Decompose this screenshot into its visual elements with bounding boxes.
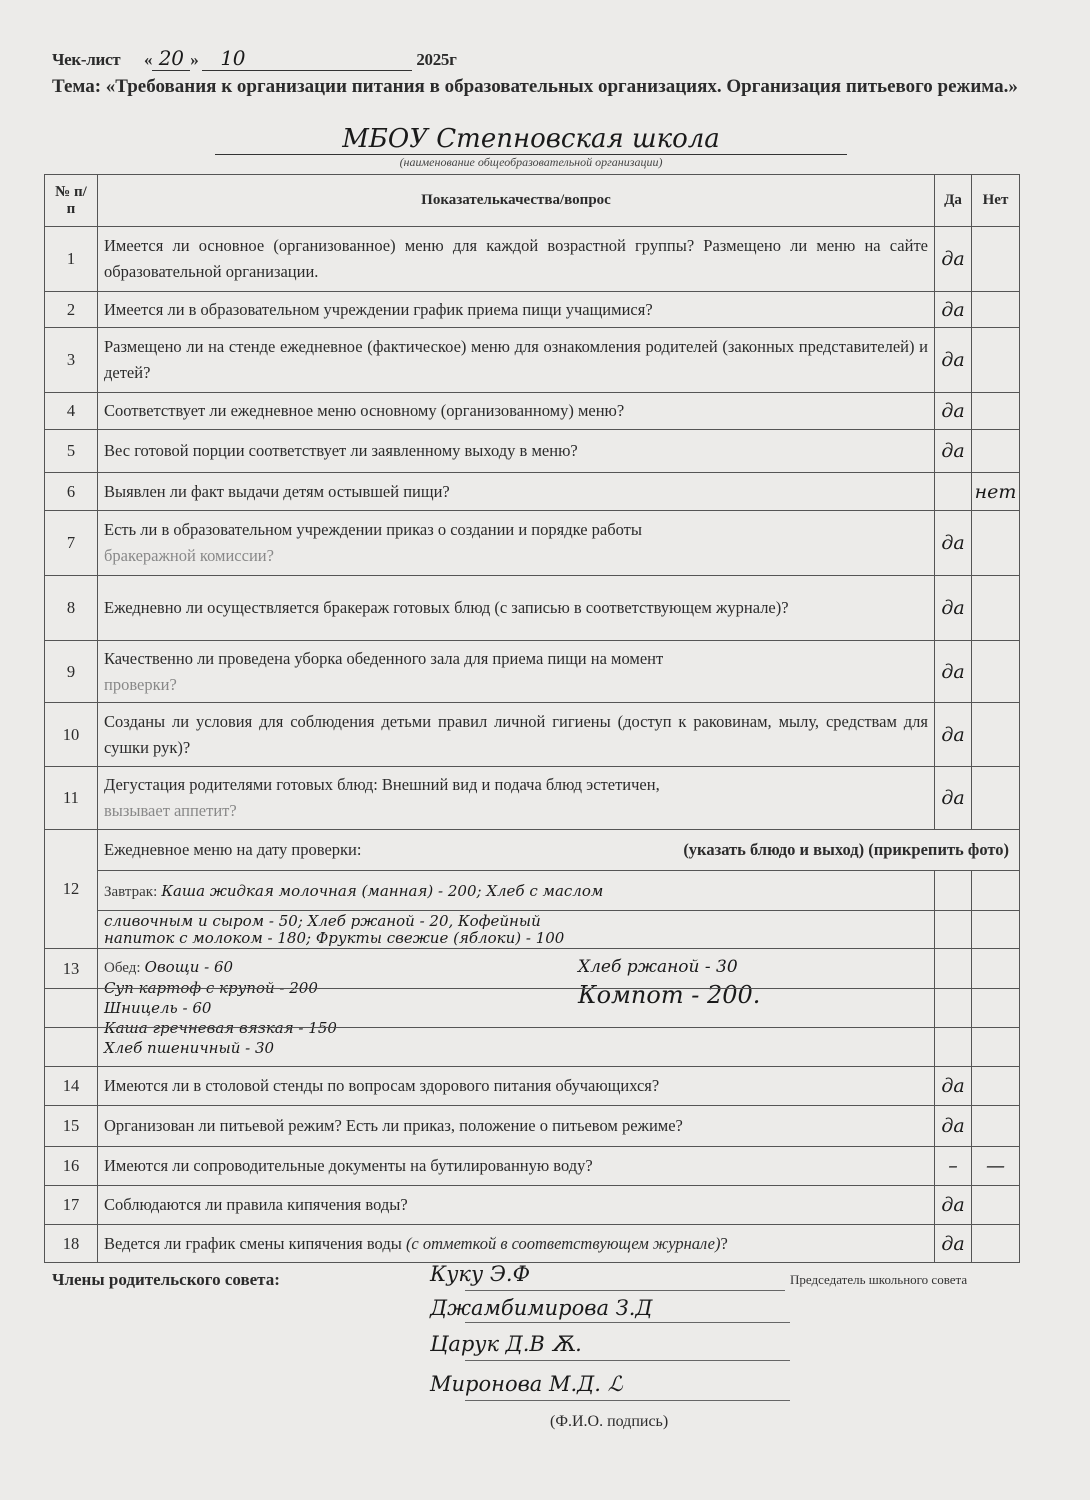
council-members-label: Члены родительского совета: xyxy=(52,1270,280,1290)
yes-cell[interactable]: да xyxy=(935,641,972,703)
no-cell[interactable] xyxy=(972,989,1020,1028)
breakfast-cell[interactable]: сливочным и сыром - 50; Хлеб ржаной - 20… xyxy=(98,911,935,949)
table-row: 18 Ведется ли график смены кипячения вод… xyxy=(45,1225,1020,1263)
table-row: 7 Есть ли в образовательном учреждении п… xyxy=(45,511,1020,576)
no-cell[interactable] xyxy=(972,227,1020,292)
theme-text: «Требования к организации питания в обра… xyxy=(106,76,1018,97)
lunch-item: Каша гречневая вязкая - 150 xyxy=(104,1018,928,1038)
row-number: 2 xyxy=(45,292,98,328)
organization-caption: (наименование общеобразовательной органи… xyxy=(215,155,847,170)
table-row: 5 Вес готовой порции соответствует ли за… xyxy=(45,430,1020,473)
table-row: 6 Выявлен ли факт выдачи детям остывшей … xyxy=(45,473,1020,511)
row-number: 4 xyxy=(45,393,98,430)
faded-text: проверки? xyxy=(104,675,177,694)
table-row: 2 Имеется ли в образовательном учреждени… xyxy=(45,292,1020,328)
no-cell[interactable] xyxy=(972,871,1020,911)
no-cell[interactable] xyxy=(972,767,1020,830)
theme-heading: Тема: «Требования к организации питания … xyxy=(52,74,1022,100)
header-question: Показателькачества/вопрос xyxy=(98,175,935,227)
menu-instructions: (указать блюдо и выход) (прикрепить фото… xyxy=(683,840,1009,860)
ruled-line xyxy=(98,988,934,989)
row-question: Имеются ли сопроводительные документы на… xyxy=(98,1147,935,1186)
breakfast-line: Каша жидкая молочная (манная) - 200; Хле… xyxy=(161,882,603,900)
date-year: 2025г xyxy=(416,50,456,69)
yes-cell[interactable]: да xyxy=(935,767,972,830)
lunch-item: Шницель - 60 xyxy=(104,998,928,1018)
checklist-date-line: Чек-лист «20» 10 2025г xyxy=(52,46,457,71)
no-cell[interactable] xyxy=(972,1186,1020,1225)
signature-line xyxy=(465,1360,790,1361)
no-cell[interactable] xyxy=(972,911,1020,949)
row-number: 1 xyxy=(45,227,98,292)
row-number: 8 xyxy=(45,576,98,641)
date-day-field[interactable]: 20 xyxy=(152,46,190,71)
menu-title-row: 12 Ежедневное меню на дату проверки: (ук… xyxy=(45,830,1020,871)
lunch-item: Овощи - 60 xyxy=(145,958,233,976)
row-question: Имеются ли в столовой стенды по вопросам… xyxy=(98,1067,935,1106)
no-cell[interactable] xyxy=(972,328,1020,393)
lunch-item: Хлеб ржаной - 30 xyxy=(578,957,738,977)
row-question: Имеется ли в образовательном учреждении … xyxy=(98,292,935,328)
organization-name-field[interactable]: МБОУ Степновская школа xyxy=(215,124,847,155)
breakfast-cell[interactable]: Завтрак: Каша жидкая молочная (манная) -… xyxy=(98,871,935,911)
breakfast-row: сливочным и сыром - 50; Хлеб ржаной - 20… xyxy=(45,911,1020,949)
yes-cell[interactable] xyxy=(935,989,972,1028)
yes-cell[interactable] xyxy=(935,911,972,949)
italic-note: (с отметкой в соответствующем журнале) xyxy=(406,1234,721,1253)
row-question: Дегустация родителями готовых блюд: Внеш… xyxy=(98,767,935,830)
row-number: 14 xyxy=(45,1067,98,1106)
breakfast-label: Завтрак: xyxy=(104,884,157,900)
row-question: Имеется ли основное (организованное) мен… xyxy=(98,227,935,292)
row-number: 16 xyxy=(45,1147,98,1186)
yes-cell[interactable]: – xyxy=(935,1147,972,1186)
row-number: 12 xyxy=(45,830,98,949)
row-number: 18 xyxy=(45,1225,98,1263)
no-cell[interactable] xyxy=(972,576,1020,641)
yes-cell[interactable]: да xyxy=(935,1225,972,1263)
lunch-row: 13 Обед: Овощи - 60 Суп картоф с крупой … xyxy=(45,949,1020,989)
no-cell[interactable] xyxy=(972,292,1020,328)
no-cell[interactable]: — xyxy=(972,1147,1020,1186)
row-number: 10 xyxy=(45,703,98,767)
breakfast-row: Завтрак: Каша жидкая молочная (манная) -… xyxy=(45,871,1020,911)
yes-cell[interactable]: да xyxy=(935,328,972,393)
table-row: 1 Имеется ли основное (организованное) м… xyxy=(45,227,1020,292)
no-cell[interactable] xyxy=(972,1067,1020,1106)
signature-field[interactable]: Миронова М.Д. ℒ xyxy=(430,1372,790,1396)
row-number: 17 xyxy=(45,1186,98,1225)
lunch-cell[interactable]: Обед: Овощи - 60 Суп картоф с крупой - 2… xyxy=(98,949,935,1067)
date-month-field[interactable]: 10 xyxy=(202,46,412,71)
no-cell[interactable] xyxy=(972,703,1020,767)
fio-signature-caption: (Ф.И.О. подпись) xyxy=(550,1413,668,1431)
table-header-row: № п/п Показателькачества/вопрос Да Нет xyxy=(45,175,1020,227)
row-number-empty xyxy=(45,989,98,1028)
signature-line xyxy=(465,1400,790,1401)
table-row: 11 Дегустация родителями готовых блюд: В… xyxy=(45,767,1020,830)
table-row: 16 Имеются ли сопроводительные документы… xyxy=(45,1147,1020,1186)
faded-text: вызывает аппетит? xyxy=(104,801,237,820)
yes-cell[interactable]: да xyxy=(935,1067,972,1106)
table-row: 15 Организован ли питьевой режим? Есть л… xyxy=(45,1106,1020,1147)
checklist-table: № п/п Показателькачества/вопрос Да Нет 1… xyxy=(44,174,1020,1263)
header-no: Нет xyxy=(972,175,1020,227)
breakfast-line: сливочным и сыром - 50; Хлеб ржаной - 20… xyxy=(104,913,928,930)
row-number: 6 xyxy=(45,473,98,511)
theme-label: Тема: xyxy=(52,76,101,97)
yes-cell[interactable] xyxy=(935,871,972,911)
table-row: 9 Качественно ли проведена уборка обеден… xyxy=(45,641,1020,703)
ruled-line xyxy=(98,1027,934,1028)
signature-line xyxy=(465,1322,790,1323)
yes-cell[interactable]: да xyxy=(935,703,972,767)
menu-title: Ежедневное меню на дату проверки: xyxy=(104,840,361,859)
yes-cell[interactable]: да xyxy=(935,430,972,473)
no-cell[interactable]: нет xyxy=(972,473,1020,511)
signature-field[interactable]: Куку Э.Ф xyxy=(430,1262,790,1286)
row-number: 11 xyxy=(45,767,98,830)
yes-cell[interactable]: да xyxy=(935,1106,972,1147)
row-number: 5 xyxy=(45,430,98,473)
no-cell[interactable] xyxy=(972,641,1020,703)
yes-cell[interactable]: да xyxy=(935,227,972,292)
row-question: Качественно ли проведена уборка обеденно… xyxy=(98,641,935,703)
row-number: 15 xyxy=(45,1106,98,1147)
table-row: 10 Созданы ли условия для соблюдения дет… xyxy=(45,703,1020,767)
row-question: Есть ли в образовательном учреждении при… xyxy=(98,511,935,576)
yes-cell[interactable] xyxy=(935,1028,972,1067)
no-cell[interactable] xyxy=(972,1225,1020,1263)
row-question: Ежедневно ли осуществляется бракераж гот… xyxy=(98,576,935,641)
row-number: 3 xyxy=(45,328,98,393)
table-row: 17 Соблюдаются ли правила кипячения воды… xyxy=(45,1186,1020,1225)
lunch-label: Обед: xyxy=(104,960,141,976)
signature-field[interactable]: Царук Д.В Ѫ. xyxy=(430,1332,790,1356)
no-cell[interactable] xyxy=(972,393,1020,430)
no-cell[interactable] xyxy=(972,430,1020,473)
no-cell[interactable] xyxy=(972,1106,1020,1147)
header-yes: Да xyxy=(935,175,972,227)
row-question: Вес готовой порции соответствует ли заяв… xyxy=(98,430,935,473)
row-question: Соответствует ли ежедневное меню основно… xyxy=(98,393,935,430)
menu-title-cell: Ежедневное меню на дату проверки: (указа… xyxy=(98,830,1020,871)
row-question: Ведется ли график смены кипячения воды (… xyxy=(98,1225,935,1263)
no-cell[interactable] xyxy=(972,1028,1020,1067)
signature-line xyxy=(465,1290,785,1291)
table-row: 4 Соответствует ли ежедневное меню основ… xyxy=(45,393,1020,430)
checklist-label: Чек-лист xyxy=(52,50,120,69)
yes-cell[interactable]: да xyxy=(935,393,972,430)
row-question: Выявлен ли факт выдачи детям остывшей пи… xyxy=(98,473,935,511)
yes-cell[interactable]: да xyxy=(935,292,972,328)
row-question: Размещено ли на стенде ежедневное (факти… xyxy=(98,328,935,393)
header-number: № п/п xyxy=(45,175,98,227)
no-cell[interactable] xyxy=(972,511,1020,576)
row-number: 13 xyxy=(45,949,98,989)
yes-cell[interactable]: да xyxy=(935,1186,972,1225)
lunch-item: Хлеб пшеничный - 30 xyxy=(104,1038,928,1058)
row-number: 7 xyxy=(45,511,98,576)
row-question: Соблюдаются ли правила кипячения воды? xyxy=(98,1186,935,1225)
yes-cell[interactable] xyxy=(935,949,972,989)
row-number: 9 xyxy=(45,641,98,703)
no-cell[interactable] xyxy=(972,949,1020,989)
chair-label: Председатель школьного совета xyxy=(790,1272,967,1288)
yes-cell[interactable]: да xyxy=(935,511,972,576)
row-question: Организован ли питьевой режим? Есть ли п… xyxy=(98,1106,935,1147)
row-number-empty xyxy=(45,1028,98,1067)
yes-cell[interactable] xyxy=(935,473,972,511)
table-row: 14 Имеются ли в столовой стенды по вопро… xyxy=(45,1067,1020,1106)
table-row: 8 Ежедневно ли осуществляется бракераж г… xyxy=(45,576,1020,641)
row-question: Созданы ли условия для соблюдения детьми… xyxy=(98,703,935,767)
yes-cell[interactable]: да xyxy=(935,576,972,641)
breakfast-line: напиток с молоком - 180; Фрукты свежие (… xyxy=(104,930,928,947)
faded-text: бракеражной комиссии? xyxy=(104,546,274,565)
signature-field[interactable]: Джамбимирова З.Д xyxy=(430,1296,790,1320)
table-row: 3 Размещено ли на стенде ежедневное (фак… xyxy=(45,328,1020,393)
